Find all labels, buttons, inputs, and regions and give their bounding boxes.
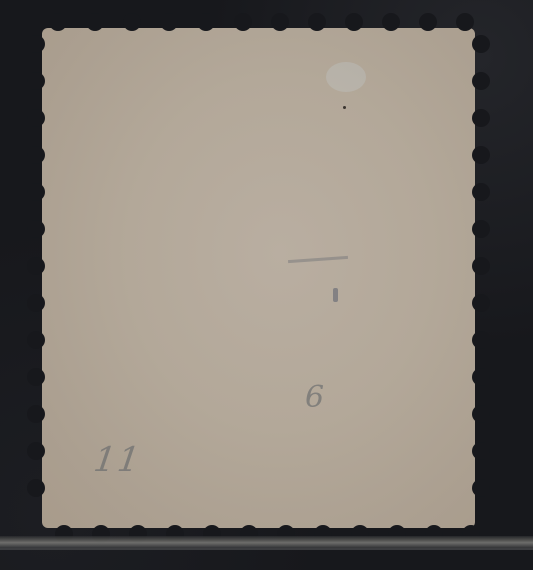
perforation-hole	[456, 13, 474, 31]
perforation-hole	[419, 13, 437, 31]
perforation-hole	[27, 479, 45, 497]
pencil-mark-11: 11	[91, 440, 144, 480]
perforation-hole	[472, 146, 490, 164]
perforation-hole	[345, 13, 363, 31]
perforation-hole	[472, 442, 490, 460]
perforation-hole	[472, 368, 490, 386]
perforation-hole	[27, 257, 45, 275]
perforation-hole	[197, 13, 215, 31]
perforation-hole	[27, 294, 45, 312]
perforation-hole	[86, 13, 104, 31]
perforation-hole	[308, 13, 326, 31]
paper-stain	[326, 62, 366, 92]
perforation-hole	[27, 331, 45, 349]
perforation-hole	[472, 257, 490, 275]
mount-edge	[0, 536, 533, 548]
perforation-hole	[49, 13, 67, 31]
perforation-hole	[27, 368, 45, 386]
perforation-hole	[234, 13, 252, 31]
perforation-hole	[472, 294, 490, 312]
perforation-hole	[271, 13, 289, 31]
perforation-hole	[27, 72, 45, 90]
perforation-hole	[472, 109, 490, 127]
perforation-hole	[472, 405, 490, 423]
perforation-hole	[27, 109, 45, 127]
perforation-hole	[27, 183, 45, 201]
perforation-hole	[27, 146, 45, 164]
perforation-hole	[472, 220, 490, 238]
mount-line	[0, 548, 533, 550]
perforation-hole	[27, 220, 45, 238]
perforation-hole	[472, 72, 490, 90]
perforation-hole	[27, 35, 45, 53]
pencil-tick	[333, 288, 338, 302]
perforation-hole	[27, 442, 45, 460]
perforation-hole	[123, 13, 141, 31]
perforation-hole	[472, 331, 490, 349]
perforation-hole	[472, 35, 490, 53]
perforation-hole	[27, 405, 45, 423]
perforation-hole	[160, 13, 178, 31]
perforation-hole	[472, 479, 490, 497]
perforation-hole	[382, 13, 400, 31]
paper-speck	[343, 106, 346, 109]
perforation-hole	[472, 183, 490, 201]
pencil-mark-6: 6	[305, 380, 324, 415]
